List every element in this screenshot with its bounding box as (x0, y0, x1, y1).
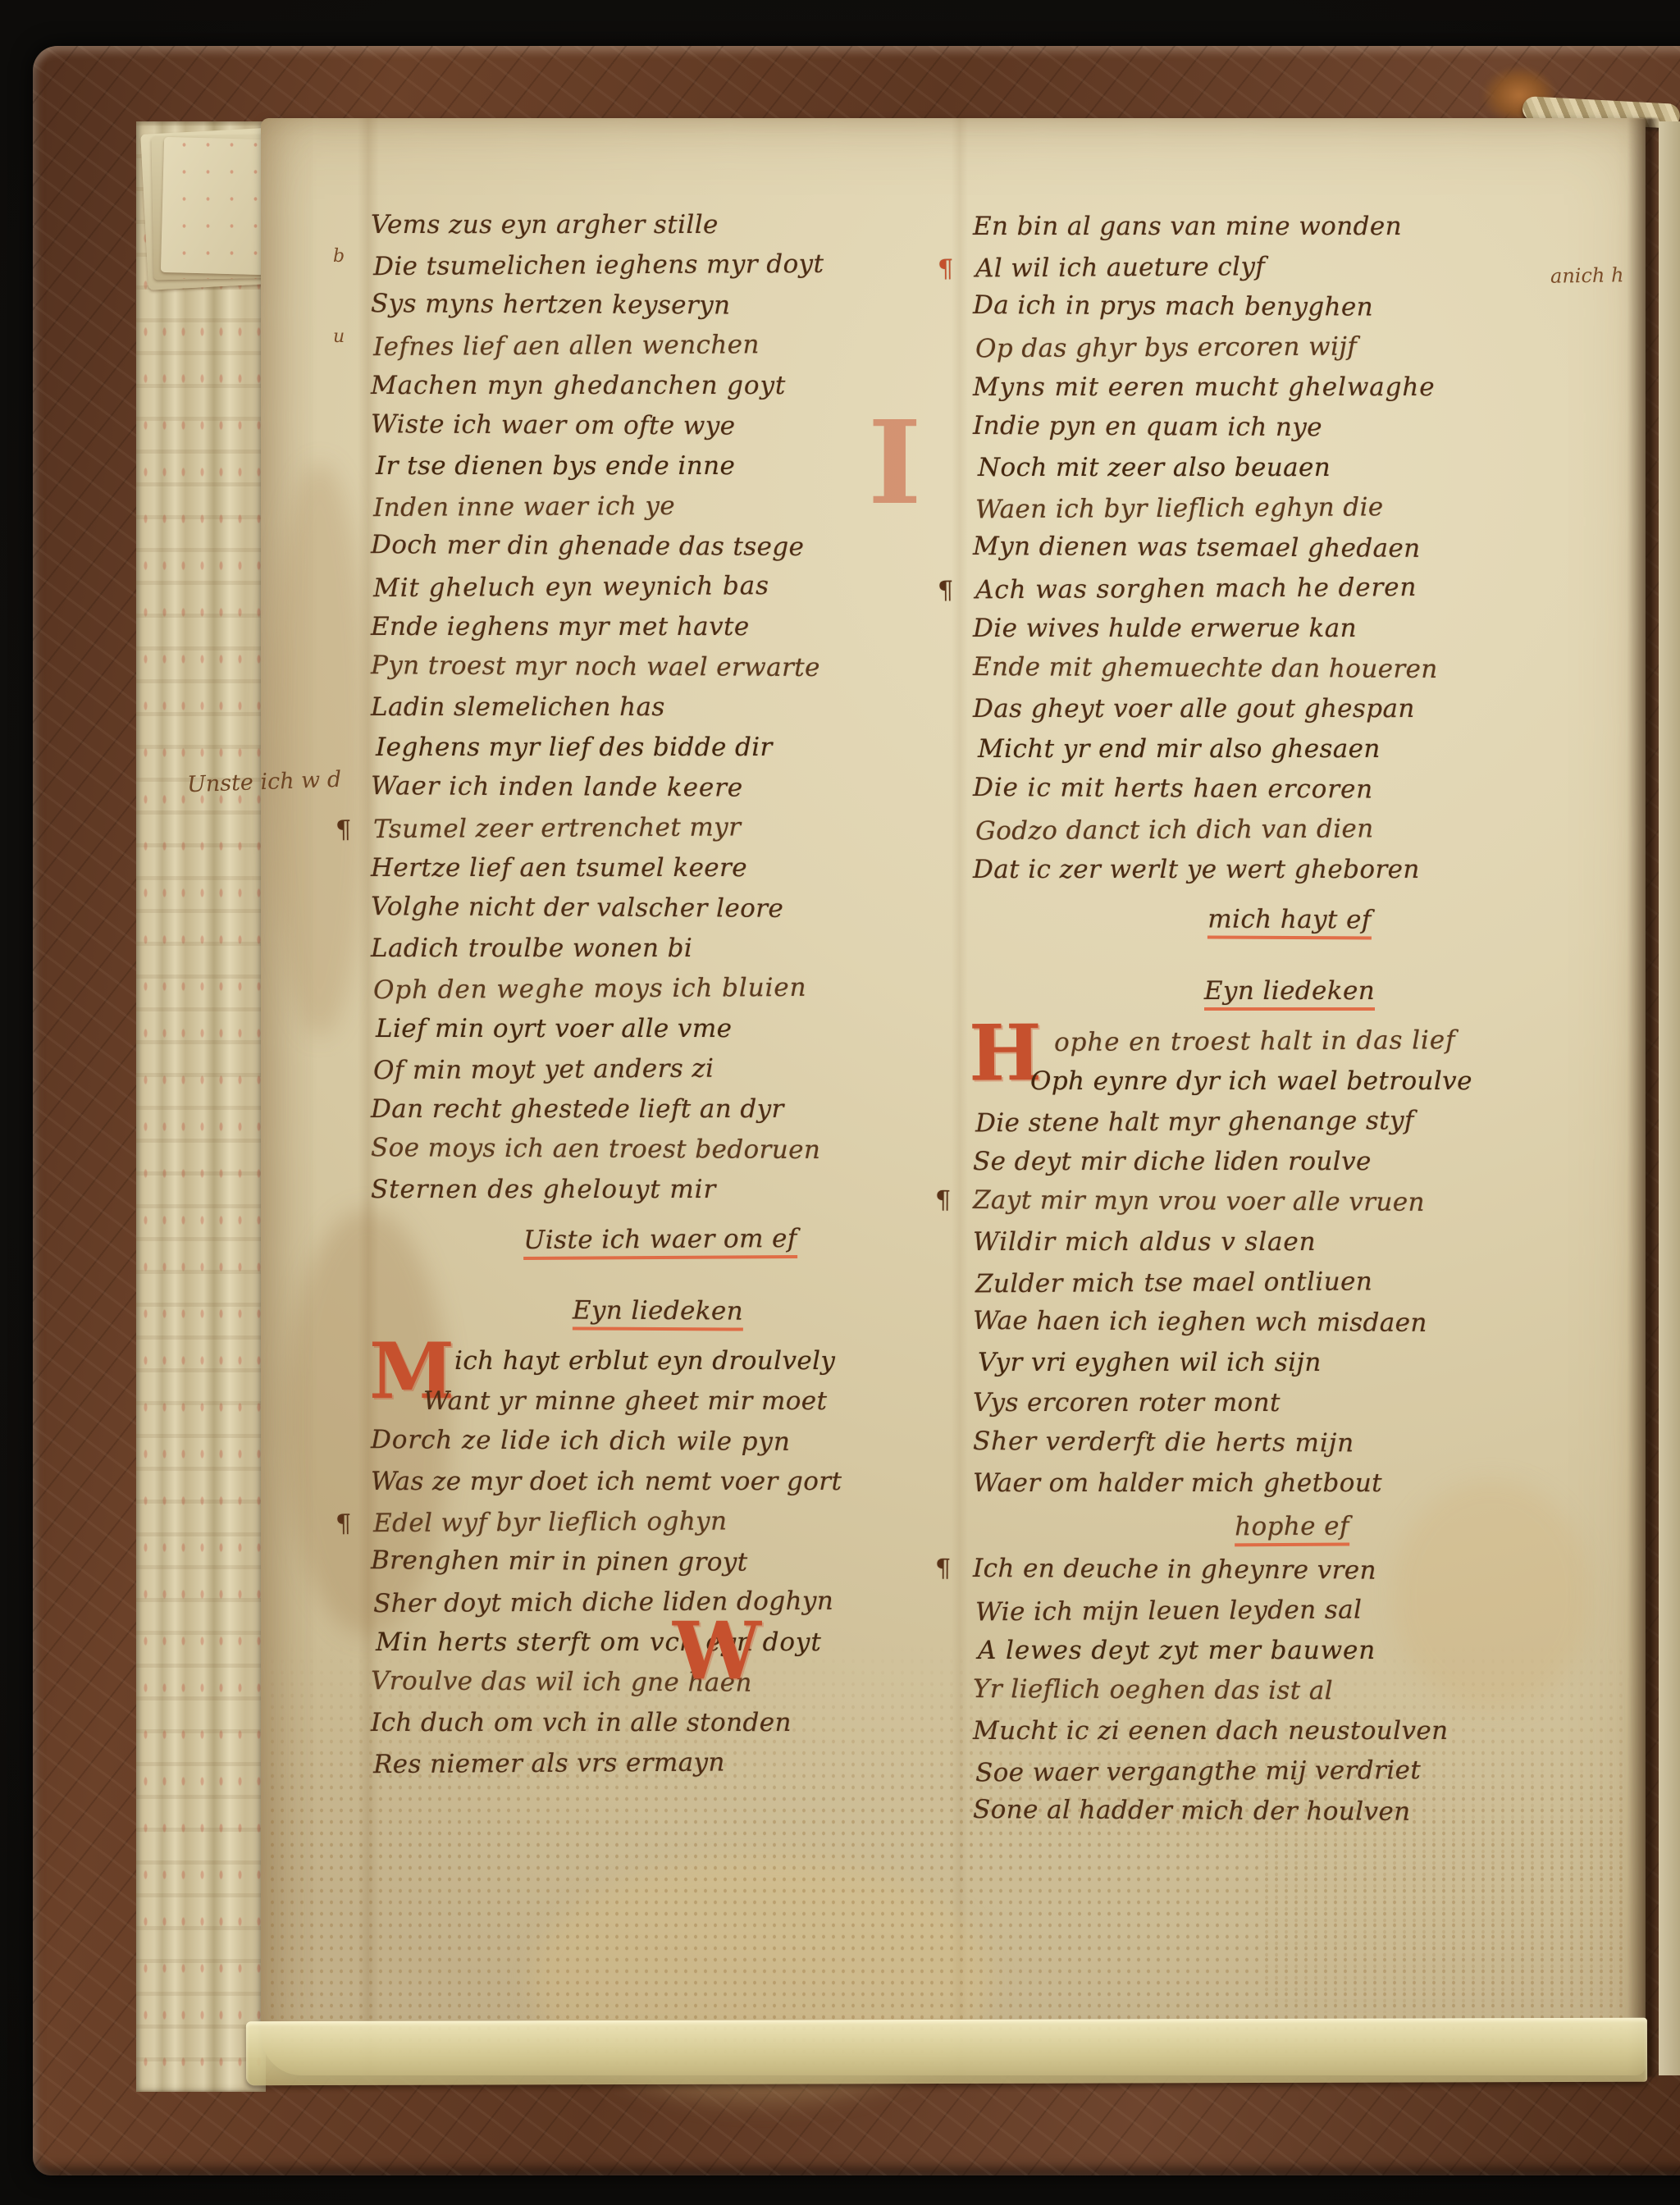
line-text: Ir tse dienen bys ende inne (376, 451, 735, 481)
line-text: Ladin slemelichen has (371, 692, 665, 722)
verse-line: Dat ic zer werlt ye wert gheboren (973, 850, 1606, 890)
line-text: ophe en troest halt in das lief (1054, 1025, 1456, 1057)
verse-line: Want yr minne gheet mir moet (371, 1381, 997, 1422)
verse-line: Of min moyt yet anders zi (373, 1048, 947, 1091)
verse-line: Sternen des ghelouyt mir (371, 1170, 945, 1210)
verse-line: Ieghens myr lief des bidde dir (376, 728, 950, 768)
verse-line: ¶Tsumel zeer ertrenchet myr (373, 806, 947, 850)
verse-line: Mucht ic zi eenen dach neustoulven (973, 1711, 1606, 1751)
verse-line: Sone al hadder mich der houlven (973, 1790, 1606, 1833)
verse-line: Waen ich byr lieflich eghyn die (975, 486, 1609, 531)
line-text: Die wives hulde erwerue kan (973, 614, 1357, 643)
line-text: Wae haen ich ieghen wch misdaen (973, 1306, 1427, 1338)
line-text: Res niemer als vrs ermayn (373, 1748, 725, 1780)
margin-guide-letter: u (333, 326, 345, 347)
verse-line: Wae haen ich ieghen wch misdaen (973, 1301, 1606, 1344)
line-text: Yr lieflich oeghen das ist al (973, 1674, 1333, 1705)
pilcrow-mark: ¶ (336, 1504, 352, 1544)
line-text: Of min moyt yet anders zi (373, 1054, 714, 1086)
refrain-rubric: hophe ef (975, 1505, 1609, 1550)
margin-guide-letter: b (333, 246, 345, 267)
line-text: Dan recht ghestede lieft an dyr (371, 1094, 784, 1124)
verse-line: Vyr vri eyghen wil ich sijn (978, 1343, 1611, 1383)
line-text: Die ic mit herts haen ercoren (973, 773, 1373, 805)
verse-line: Volghe nicht der valscher leore (371, 887, 945, 930)
verse-line: Vroulve das wil ich gne haen (371, 1661, 945, 1705)
verse-line: Vys ercoren roter mont (973, 1383, 1606, 1423)
line-text: Noch mit zeer also beuaen (978, 453, 1331, 482)
refrain-rubric: mich hayt ef (973, 898, 1606, 942)
verse-line: Zulder mich tse mael ontliuen (975, 1261, 1609, 1305)
line-text: Ende mit ghemuechte dan houeren (973, 652, 1438, 684)
refrain-rubric: Uiste ich waer om ef (373, 1218, 947, 1262)
verse-line: Ladich troulbe wonen bi (371, 929, 945, 969)
verse-line: En bin al gans van mine wonden (973, 207, 1606, 247)
line-text: mich hayt ef (1207, 904, 1372, 939)
line-text: Dat ic zer werlt ye wert gheboren (973, 855, 1420, 884)
line-text: Ich duch om vch in alle stonden (371, 1708, 792, 1737)
verse-line: Soe waer vergangthe mij verdriet (975, 1750, 1609, 1794)
line-text: Ende ieghens myr met havte (371, 612, 750, 641)
verse-line: Da ich in prys mach benyghen (973, 285, 1606, 329)
verse-line: ¶Al wil ich aueture clyf (975, 245, 1609, 290)
line-text: Inden inne waer ich ye (373, 491, 675, 523)
verse-line: Die stene halt myr ghenange styf (975, 1100, 1609, 1144)
verse-line: Micht yr end mir also ghesaen (978, 729, 1611, 769)
verse-line: Iefnes lief aen allen wenchen (373, 324, 947, 367)
page-edge-stack (136, 121, 266, 2092)
verse-line: Wildir mich aldus v slaen (973, 1222, 1606, 1262)
line-text: Doch mer din ghenade das tsege (371, 530, 805, 562)
line-text: En bin al gans van mine wonden (973, 212, 1402, 241)
line-text: Da ich in prys mach benyghen (973, 290, 1373, 322)
line-text: Die tsumelichen ieghens myr doyt (373, 249, 824, 281)
verse-line: Machen myn ghedanchen goyt (371, 366, 945, 406)
verse-line: Ende mit ghemuechte dan houeren (973, 647, 1606, 691)
verse-line: ¶Ich en deuche in gheynre vren (973, 1549, 1606, 1592)
line-text: Uiste ich waer om ef (523, 1224, 797, 1260)
verse-line: ¶Ach was sorghen mach he deren (975, 567, 1609, 611)
text-column-right: En bin al gans van mine wonden¶Al wil ic… (973, 207, 1606, 1832)
line-text: Godzo danct ich dich van dien (975, 814, 1374, 846)
verse-line: Min herts sterft om vch eyn doyt (376, 1623, 950, 1663)
pilcrow-mark: ¶ (336, 810, 352, 850)
line-text: Sher verderft die herts mijn (973, 1427, 1354, 1458)
pilcrow-mark: ¶ (938, 249, 954, 290)
verse-line: Lief min oyrt voer alle vme (376, 1009, 950, 1049)
line-text: Want yr minne gheet mir moet (423, 1386, 827, 1416)
line-text: Machen myn ghedanchen goyt (371, 371, 786, 400)
line-text: Edel wyf byr lieflich oghyn (373, 1506, 728, 1538)
verse-line: Sher doyt mich diche liden doghyn (373, 1581, 947, 1624)
verse-line: Inden inne waer ich ye (373, 485, 947, 528)
line-text: Myns mit eeren mucht ghelwaghe (973, 372, 1436, 402)
verse-line: Vems zus eyn argher stille (371, 205, 945, 245)
manuscript-photo: Vems zus eyn argher stilleDie tsumeliche… (0, 0, 1680, 2205)
verse-line: Oph eynre dyr ich wael betroulve (978, 1061, 1664, 1102)
line-text: Eyn liedeken (573, 1295, 743, 1331)
left-margin-note: Unste ich w d (187, 767, 342, 798)
verse-line: Godzo danct ich dich van dien (975, 808, 1609, 852)
line-text: Eyn liedeken (1204, 976, 1375, 1011)
bottom-leaf-edge (246, 2018, 1647, 2085)
line-text: Das gheyt voer alle gout ghespan (973, 694, 1415, 724)
verse-line: Oph den weghe moys ich bluien (373, 967, 947, 1011)
line-text: Mucht ic zi eenen dach neustoulven (973, 1716, 1449, 1746)
line-text: Zulder mich tse mael ontliuen (975, 1267, 1372, 1299)
verse-line: Yr lieflich oeghen das ist al (973, 1669, 1606, 1713)
line-text: Op das ghyr bys ercoren wijf (975, 331, 1357, 363)
line-text: Soe moys ich aen troest bedoruen (371, 1133, 820, 1165)
verse-line: Se deyt mir diche liden roulve (973, 1142, 1606, 1182)
line-text: Ieghens myr lief des bidde dir (376, 733, 773, 762)
line-text: Oph eynre dyr ich wael betroulve (1030, 1066, 1472, 1096)
verse-line: Res niemer als vrs ermayn (373, 1742, 947, 1785)
line-text: Vems zus eyn argher stille (371, 210, 719, 240)
verse-line: Ladin slemelichen has (371, 687, 945, 728)
line-text: Was ze myr doet ich nemt voer gort (371, 1467, 842, 1496)
pilcrow-mark: ¶ (938, 570, 954, 610)
verse-line: Hertze lief aen tsumel keere (371, 848, 945, 888)
line-text: Indie pyn en quam ich nye (973, 411, 1322, 442)
line-text: Brenghen mir in pinen groyt (371, 1545, 748, 1577)
verse-line: Waer ich inden lande keere (371, 766, 945, 810)
verse-line: Waer om halder mich ghetbout (973, 1463, 1606, 1504)
line-text: Vyr vri eyghen wil ich sijn (978, 1348, 1322, 1377)
line-text: Micht yr end mir also ghesaen (978, 734, 1381, 764)
line-text: Wiste ich waer om ofte wye (371, 409, 736, 441)
verse-line: Sher verderft die herts mijn (973, 1422, 1606, 1465)
verse-line: Ich duch om vch in alle stonden (371, 1703, 945, 1743)
right-margin-note: anich h (1550, 263, 1624, 288)
line-text: Wildir mich aldus v slaen (973, 1227, 1317, 1257)
line-text: Sone al hadder mich der houlven (973, 1795, 1411, 1827)
verse-line: Myn dienen was tsemael ghedaen (973, 527, 1606, 570)
line-text: Soe waer vergangthe mij verdriet (975, 1755, 1421, 1787)
verse-line: Ir tse dienen bys ende inne (376, 446, 950, 486)
verse-line: Soe moys ich aen troest bedoruen (371, 1128, 945, 1171)
pilcrow-mark: ¶ (935, 1180, 952, 1221)
faded-red-initial-i: I (868, 410, 922, 517)
verse-line: ¶Edel wyf byr lieflich oghyn (373, 1500, 947, 1544)
line-text: Ach was sorghen mach he deren (975, 573, 1417, 605)
line-text: Volghe nicht der valscher leore (371, 892, 783, 924)
line-text: Sternen des ghelouyt mir (371, 1175, 716, 1204)
line-text: Mit gheluch eyn weynich bas (373, 571, 769, 603)
verse-line: Indie pyn en quam ich nye (973, 406, 1606, 450)
line-text: hophe ef (1235, 1512, 1349, 1547)
line-text: Tsumel zeer ertrenchet myr (373, 812, 742, 844)
verse-line: A lewes deyt zyt mer bauwen (978, 1631, 1611, 1671)
verse-line: Ende ieghens myr met havte (371, 607, 945, 647)
line-text: Waer om halder mich ghetbout (973, 1468, 1382, 1498)
line-text: Se deyt mir diche liden roulve (973, 1147, 1372, 1176)
verse-line: Noch mit zeer also beuaen (978, 448, 1611, 488)
verse-line: Dan recht ghestede lieft an dyr (371, 1089, 945, 1130)
line-text: A lewes deyt zyt mer bauwen (978, 1636, 1376, 1665)
line-text: ich hayt erblut eyn droulvely (454, 1346, 835, 1376)
verse-line: Das gheyt voer alle gout ghespan (973, 689, 1606, 729)
song-heading: Eyn liedeken (371, 1290, 945, 1333)
line-text: Oph den weghe moys ich bluien (373, 973, 807, 1005)
verse-line: Wiste ich waer om ofte wye (371, 404, 945, 448)
verse-line: Die ic mit herts haen ercoren (973, 768, 1606, 811)
verse-line: Pyn troest myr noch wael erwarte (371, 646, 945, 689)
verse-line-with-initial: Hophe en troest halt in das lief (975, 1019, 1680, 1063)
line-text: Zayt mir myn vrou voer alle vruen (973, 1185, 1425, 1217)
song-heading: Eyn liedeken (973, 971, 1606, 1011)
verse-line: Die tsumelichen ieghens myr doyt (373, 244, 947, 287)
line-text: Wie ich mijn leuen leyden sal (975, 1595, 1363, 1627)
line-text: Sher doyt mich diche liden doghyn (373, 1586, 833, 1618)
line-text: Vys ercoren roter mont (973, 1388, 1281, 1417)
line-text: Sys myns hertzen keyseryn (371, 289, 731, 320)
verse-line: Doch mer din ghenade das tsege (371, 525, 945, 568)
verse-line: Was ze myr doet ich nemt voer gort (371, 1462, 945, 1502)
line-text: Al wil ich aueture clyf (975, 252, 1265, 283)
text-column-left: Vems zus eyn argher stilleDie tsumeliche… (371, 205, 945, 1783)
verse-line: Myns mit eeren mucht ghelwaghe (973, 367, 1606, 408)
verse-line: Mit gheluch eyn weynich bas (373, 565, 947, 609)
line-text: Hertze lief aen tsumel keere (371, 853, 747, 883)
verse-line: Wie ich mijn leuen leyden sal (975, 1589, 1609, 1633)
verse-line: Die wives hulde erwerue kan (973, 609, 1606, 649)
verse-line-with-initial: Mich hayt erblut eyn droulvely (376, 1341, 1029, 1381)
line-text: Die stene halt myr ghenange styf (975, 1106, 1414, 1138)
red-initial-w: W (673, 1614, 761, 1688)
verse-line: ¶Zayt mir myn vrou voer alle vruen (973, 1180, 1606, 1224)
parchment-stain (271, 463, 369, 1037)
line-text: Ladich troulbe wonen bi (371, 934, 692, 963)
verse-line: Op das ghyr bys ercoren wijf (975, 326, 1609, 370)
verse-line: Dorch ze lide ich dich wile pyn (371, 1420, 945, 1463)
line-text: Pyn troest myr noch wael erwarte (371, 651, 820, 682)
verse-line: Sys myns hertzen keyseryn (371, 284, 945, 327)
line-text: Lief min oyrt voer alle vme (376, 1014, 732, 1043)
pilcrow-mark: ¶ (935, 1549, 952, 1589)
line-text: Myn dienen was tsemael ghedaen (973, 532, 1421, 564)
line-text: Waer ich inden lande keere (371, 771, 743, 802)
line-text: Ich en deuche in gheynre vren (973, 1554, 1376, 1586)
line-text: Dorch ze lide ich dich wile pyn (371, 1425, 791, 1457)
line-text: Waen ich byr lieflich eghyn die (975, 492, 1384, 524)
line-text: Iefnes lief aen allen wenchen (373, 330, 760, 362)
verse-line: Brenghen mir in pinen groyt (371, 1541, 945, 1584)
